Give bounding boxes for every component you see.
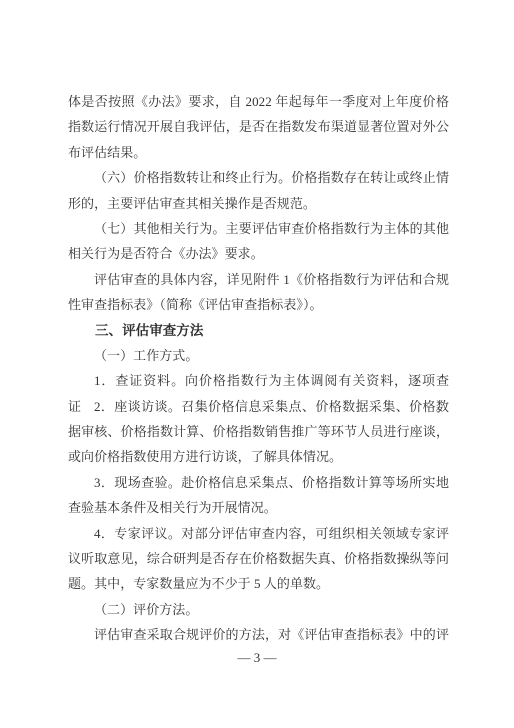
text-line: 相关行为是否符合《办法》要求。 bbox=[68, 241, 449, 266]
text-line: 1．查证资料。向价格指数行为主体调阅有关资料，逐项查证。 bbox=[68, 368, 449, 393]
document-body: 体是否按照《办法》要求，自 2022 年起每年一季度对上年度价格指数运行情况开展… bbox=[68, 89, 449, 648]
text-line: 题。其中，专家数量应为不少于 5 人的单数。 bbox=[68, 571, 449, 596]
text-line: 评估审查采取合规评价的方法，对《评估审查指标表》中的评 bbox=[68, 622, 449, 647]
document-page: 体是否按照《办法》要求，自 2022 年起每年一季度对上年度价格指数运行情况开展… bbox=[0, 0, 514, 728]
text-line: 或向价格指数使用方进行访谈，了解具体情况。 bbox=[68, 444, 449, 469]
text-line: 体是否按照《办法》要求，自 2022 年起每年一季度对上年度价格 bbox=[68, 89, 449, 114]
text-line: 2．座谈访谈。召集价格信息采集点、价格数据采集、价格数 bbox=[68, 394, 449, 419]
text-line: 性审查指标表》（简称《评估审查指标表》）。 bbox=[68, 292, 449, 317]
text-line: 评估审查的具体内容，详见附件 1《价格指数行为评估和合规 bbox=[68, 267, 449, 292]
text-line: （一）工作方式。 bbox=[68, 343, 449, 368]
text-line: 4．专家评议。对部分评估审查内容，可组织相关领域专家评 bbox=[68, 521, 449, 546]
text-line: （六）价格指数转让和终止行为。价格指数存在转让或终止情 bbox=[68, 165, 449, 190]
text-line: （二）评价方法。 bbox=[68, 597, 449, 622]
text-line: 形的，主要评估审查其相关操作是否规范。 bbox=[68, 191, 449, 216]
text-line: 议听取意见，综合研判是否存在价格数据失真、价格指数操纵等问 bbox=[68, 546, 449, 571]
text-line: 3．现场查验。赴价格信息采集点、价格指数计算等场所实地 bbox=[68, 470, 449, 495]
text-line: 指数运行情况开展自我评估，是否在指数发布渠道显著位置对外公 bbox=[68, 114, 449, 139]
page-number: — 3 — bbox=[0, 647, 514, 669]
text-line: 查验基本条件及相关行为开展情况。 bbox=[68, 495, 449, 520]
text-line: （七）其他相关行为。主要评估审查价格指数行为主体的其他 bbox=[68, 216, 449, 241]
text-line: 布评估结果。 bbox=[68, 140, 449, 165]
text-line: 据审核、价格指数计算、价格指数销售推广等环节人员进行座谈， bbox=[68, 419, 449, 444]
section-heading: 三、评估审查方法 bbox=[68, 318, 449, 343]
